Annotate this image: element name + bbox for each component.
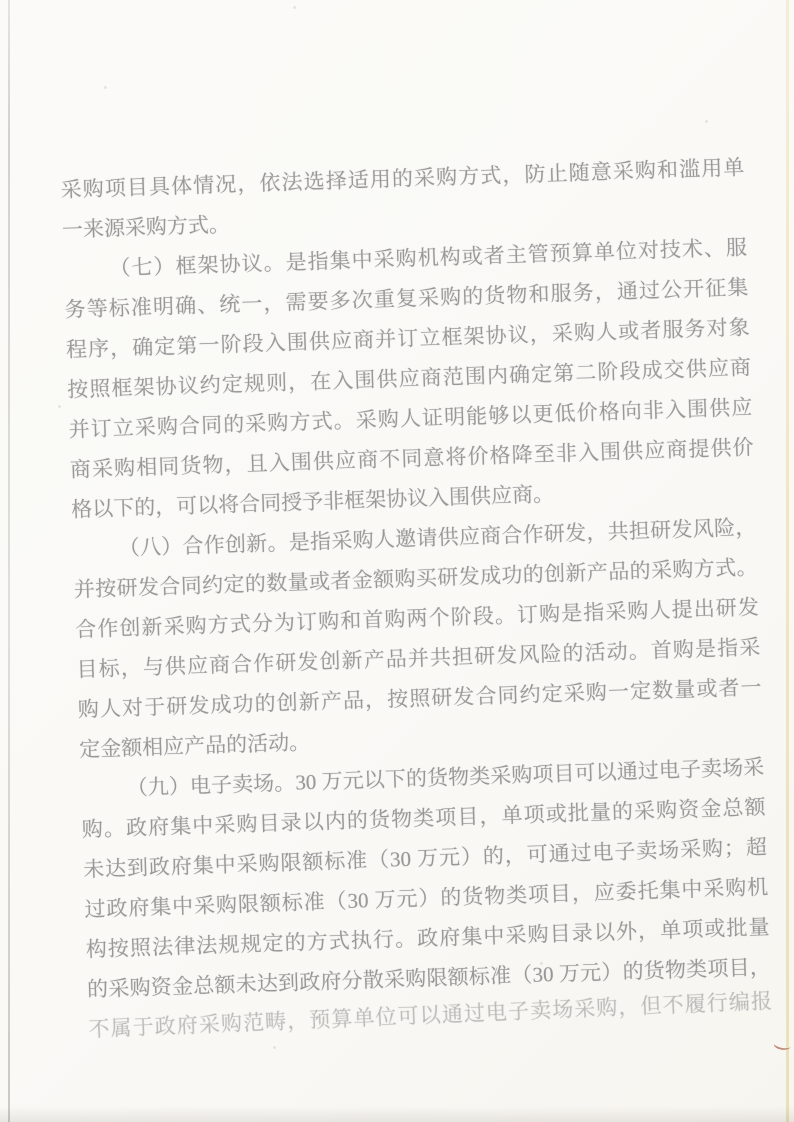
scan-speck [104,86,107,89]
page-right-edge-line [786,0,789,1122]
page-left-edge-shadow [8,0,10,1122]
scan-speck [705,120,708,123]
scanned-document-page: 采购项目具体情况，依法选择适用的采购方式，防止随意采购和滥用单一来源采购方式。（… [0,0,794,1122]
scan-speck [293,6,296,9]
scan-speck [273,1046,276,1049]
red-pen-mark [773,1038,792,1052]
scan-speck [58,405,61,408]
document-body-text: 采购项目具体情况，依法选择适用的采购方式，防止随意采购和滥用单一来源采购方式。（… [60,147,773,1049]
page-bottom-shadow [0,1106,794,1122]
